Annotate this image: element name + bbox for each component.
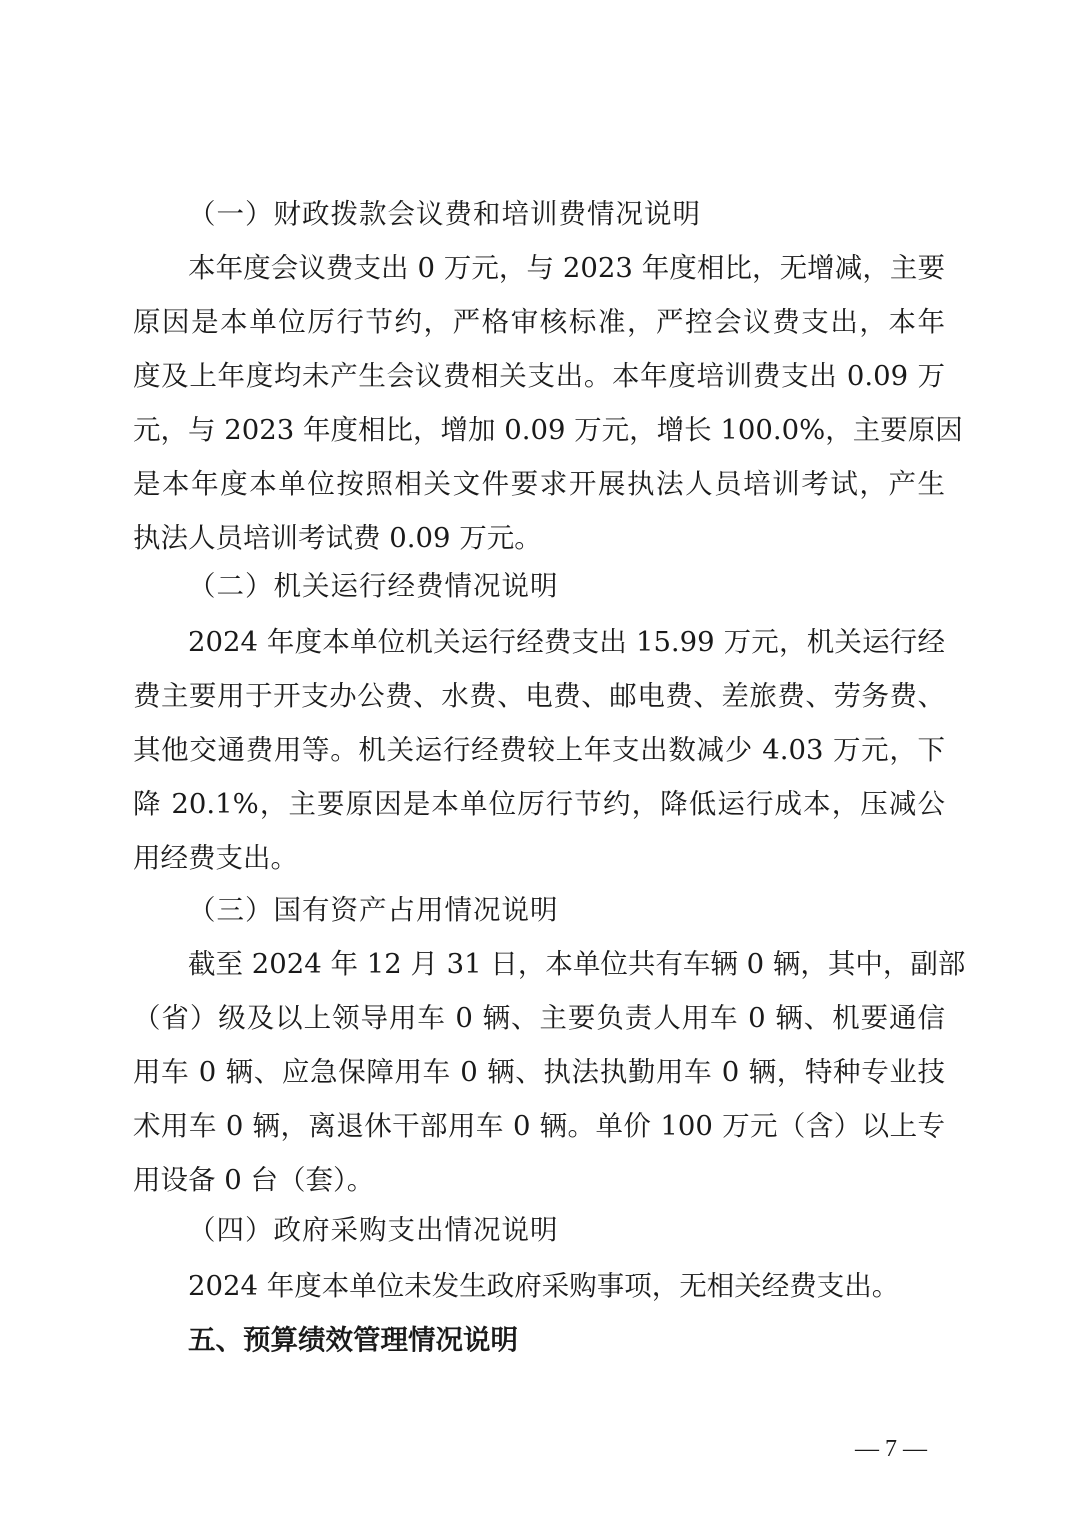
paragraph-line: 2024 年度本单位未发生政府采购事项，无相关经费支出。: [188, 1268, 945, 1304]
paragraph-line: 本年度会议费支出 0 万元，与 2023 年度相比，无增减，主要: [188, 250, 945, 286]
section-heading-state-assets: （三）国有资产占用情况说明: [188, 892, 559, 928]
paragraph-line: 执法人员培训考试费 0.09 万元。: [133, 520, 945, 556]
paragraph-line: 费主要用于开支办公费、水费、电费、邮电费、差旅费、劳务费、: [133, 678, 945, 714]
paragraph-line: 术用车 0 辆，离退休干部用车 0 辆。单价 100 万元（含）以上专: [133, 1108, 945, 1144]
section-heading-operating-expenses: （二）机关运行经费情况说明: [188, 568, 559, 604]
paragraph-line: （省）级及以上领导用车 0 辆、主要负责人用车 0 辆、机要通信: [133, 1000, 945, 1036]
paragraph-line: 用设备 0 台（套）。: [133, 1162, 945, 1198]
paragraph-line: 用车 0 辆、应急保障用车 0 辆、执法执勤用车 0 辆，特种专业技: [133, 1054, 945, 1090]
paragraph-line: 原因是本单位厉行节约，严格审核标准，严控会议费支出，本年: [133, 304, 945, 340]
paragraph-line: 是本年度本单位按照相关文件要求开展执法人员培训考试，产生: [133, 466, 945, 502]
paragraph-line: 度及上年度均未产生会议费相关支出。本年度培训费支出 0.09 万: [133, 358, 945, 394]
paragraph-line: 降 20.1%，主要原因是本单位厉行节约，降低运行成本，压减公: [133, 786, 945, 822]
paragraph-line: 元，与 2023 年度相比，增加 0.09 万元，增长 100.0%，主要原因: [133, 412, 945, 448]
section-heading-performance-management: 五、预算绩效管理情况说明: [188, 1322, 518, 1358]
paragraph-line: 用经费支出。: [133, 840, 945, 876]
section-heading-government-procurement: （四）政府采购支出情况说明: [188, 1212, 559, 1248]
page-number: — 7 —: [855, 1434, 927, 1464]
paragraph-line: 2024 年度本单位机关运行经费支出 15.99 万元，机关运行经: [188, 624, 945, 660]
section-heading-meeting-training: （一）财政拨款会议费和培训费情况说明: [188, 196, 701, 232]
paragraph-line: 截至 2024 年 12 月 31 日，本单位共有车辆 0 辆，其中，副部: [188, 946, 945, 982]
document-page: （一）财政拨款会议费和培训费情况说明 本年度会议费支出 0 万元，与 2023 …: [0, 0, 1075, 1520]
paragraph-line: 其他交通费用等。机关运行经费较上年支出数减少 4.03 万元，下: [133, 732, 945, 768]
